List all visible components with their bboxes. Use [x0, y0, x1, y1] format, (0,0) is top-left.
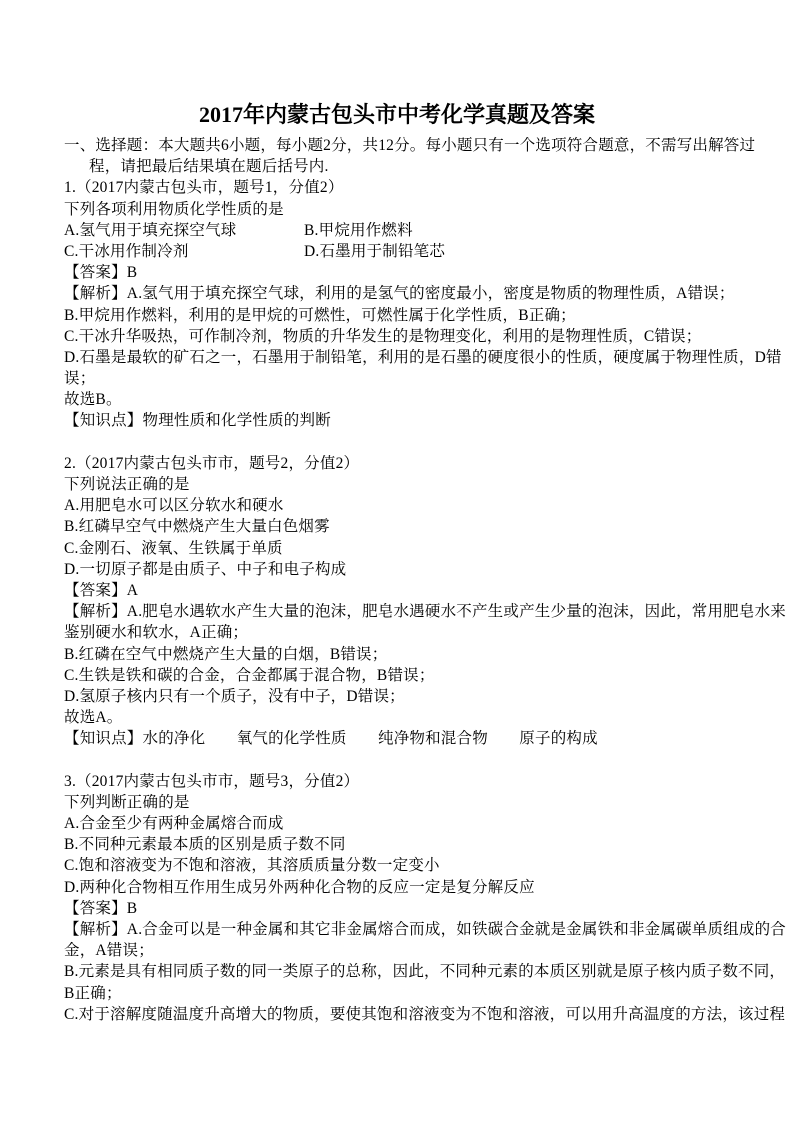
text-line: 【解析】A.肥皂水遇软水产生大量的泡沫，肥皂水遇硬水不产生或产生少量的泡沫，因此… — [64, 601, 734, 622]
blank-line — [64, 432, 734, 453]
text-line: 【答案】B — [64, 262, 734, 283]
text-line: 【解析】A.合金可以是一种金属和其它非金属熔合而成，如铁碳合金就是金属铁和非金属… — [64, 919, 734, 940]
text-line: 【答案】A — [64, 580, 734, 601]
option-left: C.干冰用作制冷剂 — [64, 241, 304, 262]
text-line: C.生铁是铁和碳的合金，合金都属于混合物，B错误； — [64, 665, 734, 686]
text-line: 程，请把最后结果填在题后括号内. — [64, 156, 734, 177]
text-line: B.元素是具有相同质子数的同一类原子的总称，因此，不同种元素的本质区别就是原子核… — [64, 961, 734, 982]
document-title: 2017年内蒙古包头市中考化学真题及答案 — [0, 100, 794, 130]
text-line: D.一切原子都是由质子、中子和电子构成 — [64, 559, 734, 580]
text-line: 下列说法正确的是 — [64, 474, 734, 495]
text-line: C.金刚石、液氧、生铁属于单质 — [64, 538, 734, 559]
text-line: 下列判断正确的是 — [64, 792, 734, 813]
text-line: 误； — [64, 368, 734, 389]
text-line: 故选B。 — [64, 389, 734, 410]
document-body: 一、选择题：本大题共6小题，每小题2分，共12分。每小题只有一个选项符合题意，不… — [64, 135, 734, 1025]
text-line: B.不同种元素最本质的区别是质子数不同 — [64, 834, 734, 855]
text-line: 1.（2017内蒙古包头市，题号1，分值2） — [64, 177, 734, 198]
text-line: D.石墨是最软的矿石之一，石墨用于制铅笔，利用的是石墨的硬度很小的性质，硬度属于… — [64, 347, 734, 368]
options-line: A.氢气用于填充探空气球B.甲烷用作燃料 — [64, 220, 734, 241]
text-line: B.红磷早空气中燃烧产生大量白色烟雾 — [64, 516, 734, 537]
blank-line — [64, 749, 734, 770]
text-line: B正确； — [64, 983, 734, 1004]
text-line: 【答案】B — [64, 898, 734, 919]
options-line: C.干冰用作制冷剂D.石墨用于制铅笔芯 — [64, 241, 734, 262]
text-line: 故选A。 — [64, 707, 734, 728]
option-right: B.甲烷用作燃料 — [304, 220, 413, 241]
text-line: 3.（2017内蒙古包头市市，题号3，分值2） — [64, 771, 734, 792]
text-line: C.干冰升华吸热，可作制冷剂，物质的升华发生的是物理变化，利用的是物理性质，C错… — [64, 326, 734, 347]
document-page: 2017年内蒙古包头市中考化学真题及答案 一、选择题：本大题共6小题，每小题2分… — [0, 0, 794, 1123]
text-line: C.饱和溶液变为不饱和溶液，其溶质质量分数一定变小 — [64, 855, 734, 876]
text-line: D.两种化合物相互作用生成另外两种化合物的反应一定是复分解反应 — [64, 877, 734, 898]
text-line: 一、选择题：本大题共6小题，每小题2分，共12分。每小题只有一个选项符合题意，不… — [64, 135, 734, 156]
option-right: D.石墨用于制铅笔芯 — [304, 241, 445, 262]
text-line: A.用肥皂水可以区分软水和硬水 — [64, 495, 734, 516]
text-line: 2.（2017内蒙古包头市市，题号2，分值2） — [64, 453, 734, 474]
option-left: A.氢气用于填充探空气球 — [64, 220, 304, 241]
text-line: B.甲烷用作燃料，利用的是甲烷的可燃性，可燃性属于化学性质，B正确； — [64, 305, 734, 326]
text-line: 【解析】A.氢气用于填充探空气球，利用的是氢气的密度最小，密度是物质的物理性质，… — [64, 283, 734, 304]
text-line: 金，A错误； — [64, 940, 734, 961]
text-line: C.对于溶解度随温度升高增大的物质，要使其饱和溶液变为不饱和溶液，可以用升高温度… — [64, 1004, 734, 1025]
text-line: 【知识点】水的净化 氧气的化学性质 纯净物和混合物 原子的构成 — [64, 728, 734, 749]
text-line: 下列各项利用物质化学性质的是 — [64, 199, 734, 220]
text-line: 【知识点】物理性质和化学性质的判断 — [64, 410, 734, 431]
text-line: B.红磷在空气中燃烧产生大量的白烟，B错误； — [64, 644, 734, 665]
text-line: D.氢原子核内只有一个质子，没有中子，D错误； — [64, 686, 734, 707]
text-line: A.合金至少有两种金属熔合而成 — [64, 813, 734, 834]
text-line: 鉴别硬水和软水，A正确； — [64, 622, 734, 643]
